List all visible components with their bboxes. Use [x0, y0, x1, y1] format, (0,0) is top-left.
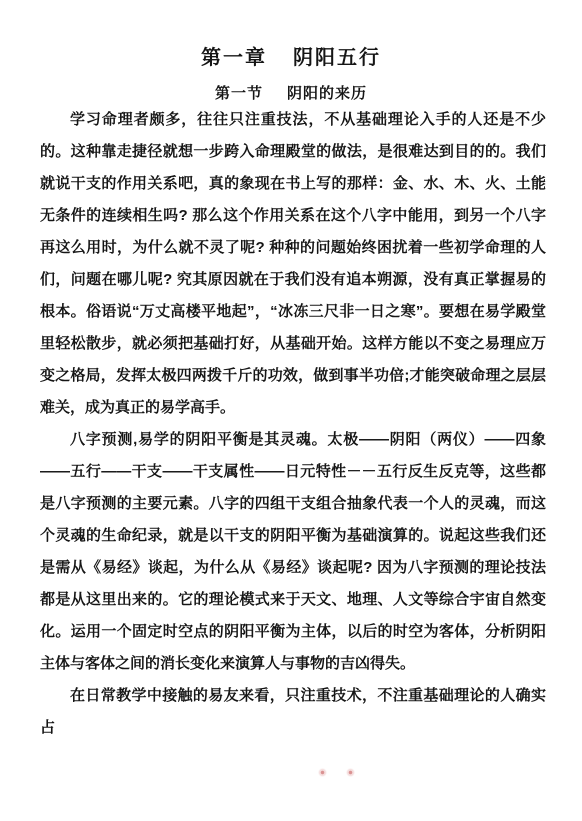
- chapter-title: 第一章 阴阳五行: [0, 46, 582, 70]
- section-name: 阴阳的来历: [287, 85, 367, 103]
- body-paragraph: 在日常教学中接触的易友来看，只注重技术，不注重基础理论的人确实占: [40, 680, 546, 744]
- body-paragraph: 八字预测,易学的阴阳平衡是其灵魂。太极——阴阳（两仪）——四象——五行——干支—…: [40, 424, 546, 680]
- chapter-number: 第一章: [201, 46, 267, 70]
- chapter-name: 阴阳五行: [293, 46, 381, 70]
- document-page: 第一章 阴阳五行 第一节 阴阳的来历 学习命理者颇多，往往只注重技法，不从基础理…: [0, 0, 582, 821]
- scan-artifact-speck: [318, 768, 327, 777]
- scan-artifact-speck: [346, 768, 355, 777]
- body-paragraph: 学习命理者颇多，往往只注重技法，不从基础理论入手的人还是不少的。这种靠走捷径就想…: [40, 104, 546, 424]
- body-text: 学习命理者颇多，往往只注重技法，不从基础理论入手的人还是不少的。这种靠走捷径就想…: [40, 104, 546, 744]
- section-number: 第一节: [215, 85, 263, 103]
- section-title: 第一节 阴阳的来历: [0, 85, 582, 103]
